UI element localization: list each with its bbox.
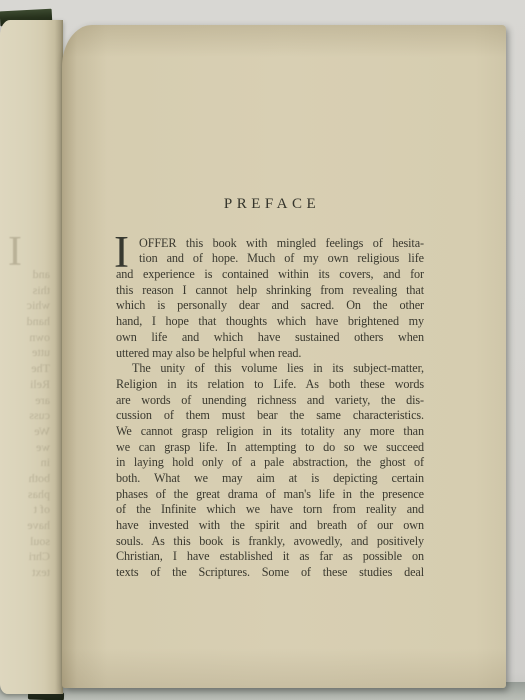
ghost-line: we <box>0 440 50 456</box>
ghost-line: phas <box>0 487 50 503</box>
text-line: are words of unending richness and varie… <box>116 393 424 409</box>
text-line: Religion in its relation to Life. As bot… <box>116 377 424 393</box>
text-line: this reason I cannot help shrinking from… <box>116 283 424 299</box>
page-title: PREFACE <box>116 197 424 213</box>
text-line: Christian, I have established it as far … <box>116 549 424 565</box>
ghost-line: utte <box>0 345 50 361</box>
text-line: have invested with the spirit and breath… <box>116 518 424 534</box>
text-line: both. What we may aim at is depicting ce… <box>116 471 424 487</box>
text-line: souls. As this book is frankly, avowedly… <box>116 534 424 550</box>
text-line: own life and which have sustained others… <box>116 330 424 346</box>
ghost-line: have <box>0 518 50 534</box>
ghost-line: own <box>0 330 50 346</box>
ghost-line: cuss <box>0 408 50 424</box>
drop-cap: I <box>114 237 129 268</box>
text-line: uttered may also be helpful when read. <box>116 346 424 362</box>
text-line: which is personally dear and sacred. On … <box>116 298 424 314</box>
ghost-line: The <box>0 361 50 377</box>
ghost-line: Chri <box>0 549 50 565</box>
ghost-line: text <box>0 565 50 581</box>
paragraph-1: I OFFER this book with mingled feelings … <box>116 236 424 362</box>
ghost-line: hand <box>0 314 50 330</box>
text-line: tion and of hope. Much of my own religio… <box>116 251 424 267</box>
book-photo: { "page": { "title": "PREFACE", "paragra… <box>0 0 525 700</box>
text-line: and experience is contained within its c… <box>116 267 424 283</box>
ghost-line: both <box>0 471 50 487</box>
ghost-line: this <box>0 283 50 299</box>
text-line: cussion of them must bear the same chara… <box>116 408 424 424</box>
ghost-line: Reli <box>0 377 50 393</box>
text-line: texts of the Scriptures. Some of these s… <box>116 565 424 581</box>
ghost-text-column: and this whic hand own utte The Reli are… <box>0 267 50 581</box>
text-line: We cannot grasp religion in its totality… <box>116 424 424 440</box>
paragraph-2: The unity of this volume lies in its sub… <box>116 361 424 581</box>
ghost-line: in <box>0 455 50 471</box>
ghost-line: are <box>0 393 50 409</box>
page-content: PREFACE I OFFER this book with mingled f… <box>116 197 424 581</box>
text-line: we can grasp life. In attempting to do s… <box>116 440 424 456</box>
text-line: phases of the great drama of man's life … <box>116 487 424 503</box>
right-page: PREFACE I OFFER this book with mingled f… <box>62 25 506 688</box>
text-line: The unity of this volume lies in its sub… <box>116 361 424 377</box>
ghost-drop-cap: I <box>8 234 22 270</box>
text-line: OFFER this book with mingled feelings of… <box>116 236 424 252</box>
ghost-line: and <box>0 267 50 283</box>
ghost-line: soul <box>0 534 50 550</box>
ghost-line: We <box>0 424 50 440</box>
text-line: of the Infinite which we have torn from … <box>116 502 424 518</box>
ghost-line: of t <box>0 502 50 518</box>
text-line: in laying hold only of a pale abstractio… <box>116 455 424 471</box>
ghost-line: whic <box>0 298 50 314</box>
text-line: hand, I hope that thoughts which have br… <box>116 314 424 330</box>
